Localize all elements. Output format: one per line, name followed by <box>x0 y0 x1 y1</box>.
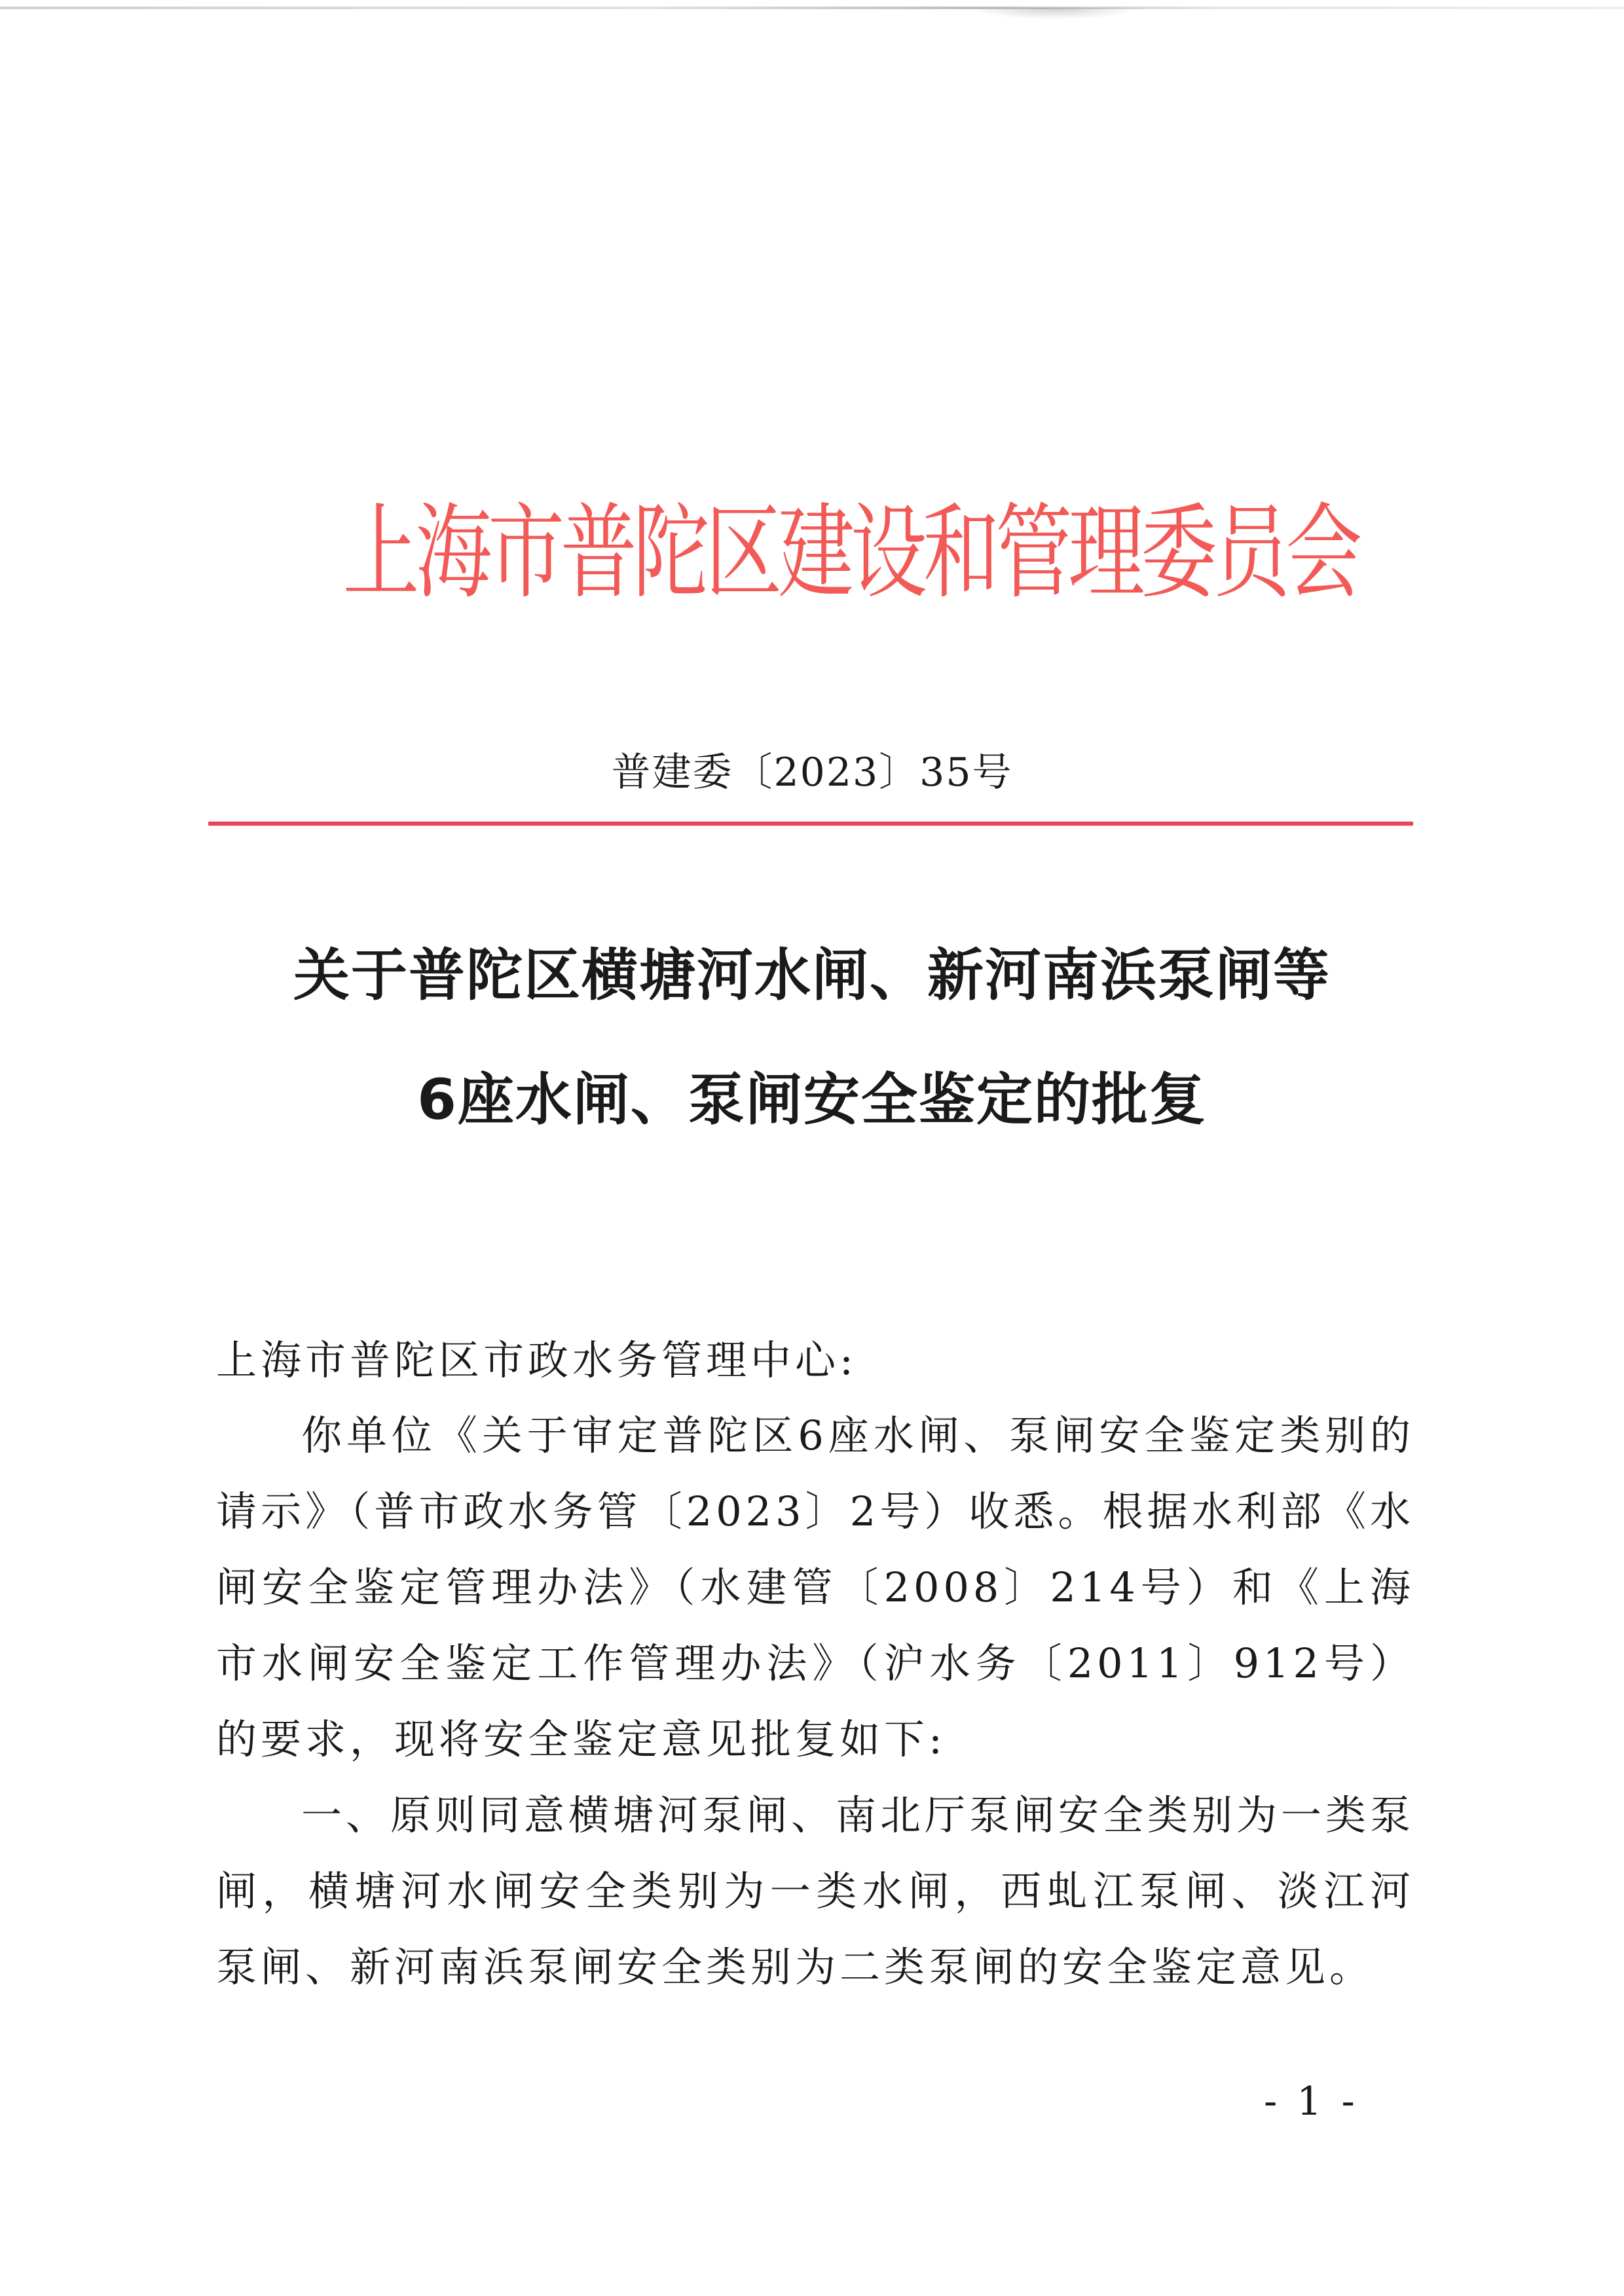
document-title-line-1: 关于普陀区横塘河水闸、新河南浜泵闸等 <box>0 939 1624 1011</box>
document-title-line-2: 6座水闸、泵闸安全鉴定的批复 <box>0 1064 1624 1136</box>
page-number: -1- <box>1264 2075 1375 2128</box>
scan-edge-artifact <box>0 7 1624 9</box>
body-paragraph-1: 你单位《关于审定普陀区6座水闸、泵闸安全鉴定类别的请示》（普市政水务管〔2023… <box>216 1398 1414 1777</box>
body-paragraph-2: 一、原则同意横塘河泵闸、南北厅泵闸安全类别为一类泵闸，横塘河水闸安全类别为一类水… <box>216 1777 1414 2005</box>
issuer-header: 上海市普陀区建设和管理委员会 <box>343 484 1288 622</box>
scan-smudge-artifact <box>969 8 1139 20</box>
red-divider-rule <box>208 822 1413 826</box>
salutation: 上海市普陀区市政水务管理中心: <box>216 1322 1414 1398</box>
document-number: 普建委〔2023〕35号 <box>0 746 1624 799</box>
